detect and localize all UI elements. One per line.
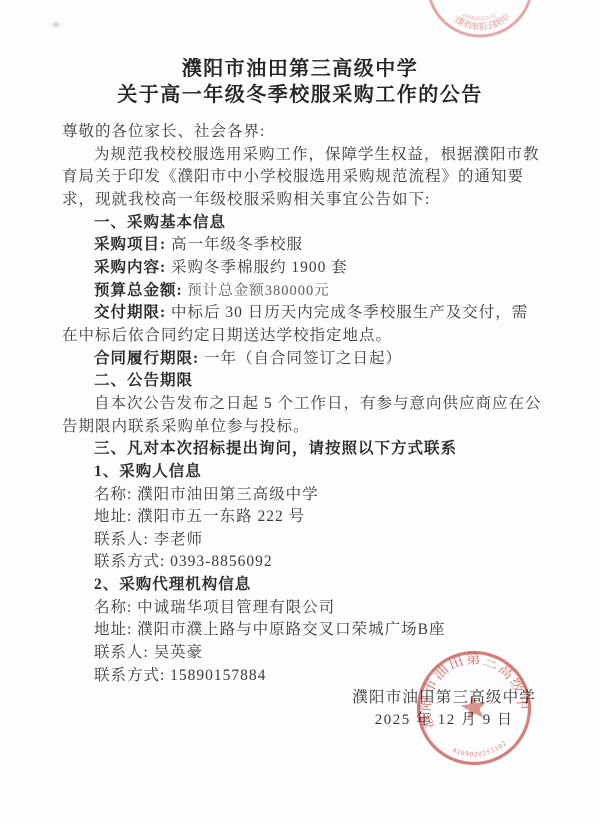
body-line: 为规范我校校服选用采购工作，保障学生权益，根据濮阳市教 [62, 144, 546, 167]
page-subtitle: 关于高一年级冬季校服采购工作的公告 [0, 82, 600, 108]
document-title-block: 濮阳市油田第三高级中学 关于高一年级冬季校服采购工作的公告 [0, 56, 600, 108]
body-line: 求，现就我校高一年级校服采购相关事宜公告如下: [62, 189, 546, 212]
body-line: 联系方式: 0393-8856092 [62, 551, 546, 574]
field-text: 育局关于印发《濮阳市中小学校服选用采购规范流程》的通知要 [62, 168, 524, 185]
field-text: 为规范我校校服选用采购工作，保障学生权益，根据濮阳市教 [94, 146, 540, 163]
field-text: 名称: 中诚瑞华项目管理有限公司 [94, 599, 335, 616]
body-line: 1、采购人信息 [62, 461, 546, 484]
field-label: 采购内容: [94, 259, 166, 276]
field-text: 三、凡对本次招标提出询问，请按照以下方式联系 [94, 440, 457, 457]
field-text: 一年（自合同签订之日起） [199, 350, 402, 367]
stamp-star-icon [459, 693, 488, 721]
stamp-fragment-top: 濮阳市油田第三高级中学 4109020255102 [405, 0, 555, 42]
field-text: 名称: 濮阳市油田第三高级中学 [94, 486, 319, 503]
body-line: 采购项目: 高一年级冬季校服 [62, 234, 546, 257]
field-text: 地址: 濮阳市濮上路与中原路交叉口荣城广场B座 [94, 621, 446, 638]
field-text: 地址: 濮阳市五一东路 222 号 [94, 508, 305, 525]
page-title: 濮阳市油田第三高级中学 [0, 56, 600, 82]
body-line: 采购内容: 采购冬季棉服约 1900 套 [62, 257, 546, 280]
field-label: 交付期限: [94, 304, 166, 321]
field-text: 高一年级冬季校服 [166, 236, 303, 253]
body-line: 合同履行期限: 一年（自合同签订之日起） [62, 348, 546, 371]
body-line: 自本次公告发布之日起 5 个工作日，有参与意向供应商应在公 [62, 393, 546, 416]
body-line: 告期限内联系采购单位参与投标。 [62, 416, 546, 439]
field-text: 中标后 30 日历天内完成冬季校服生产及交付，需 [166, 304, 528, 321]
field-label: 预算总金额: [94, 282, 183, 299]
field-label: 合同履行期限: [94, 350, 199, 367]
stamp-ring-text: 濮阳市油田第三高级中学 [407, 641, 532, 732]
field-text: 一、采购基本信息 [94, 214, 226, 231]
field-text: 自本次公告发布之日起 5 个工作日，有参与意向供应商应在公 [94, 395, 542, 412]
body-line: 尊敬的各位家长、社会各界: [62, 121, 546, 144]
body-line: 2、采购代理机构信息 [62, 574, 546, 597]
body-line: 地址: 濮阳市濮上路与中原路交叉口荣城广场B座 [62, 619, 546, 642]
field-text: 告期限内联系采购单位参与投标。 [62, 418, 310, 435]
field-text: 二、公告期限 [94, 372, 193, 389]
stamp-code-text: 4109020255102 [450, 739, 509, 762]
field-text: 联系方式: 0393-8856092 [94, 553, 273, 570]
body-line: 交付期限: 中标后 30 日历天内完成冬季校服生产及交付，需 [62, 302, 546, 325]
svg-text:濮阳市油田第三高级中学: 濮阳市油田第三高级中学 [407, 641, 532, 732]
body-line: 育局关于印发《濮阳市中小学校服选用采购规范流程》的通知要 [62, 166, 546, 189]
field-text: 联系人: 李老师 [94, 531, 203, 548]
document-page: 濮阳市油田第三高级中学 4109020255102 濮阳市油田第三高级中学 关于… [0, 0, 600, 825]
body-line: 地址: 濮阳市五一东路 222 号 [62, 506, 546, 529]
field-text: 联系人: 吴英豪 [94, 644, 203, 661]
body-line: 一、采购基本信息 [62, 212, 546, 235]
field-label: 采购项目: [94, 236, 166, 253]
body-line: 名称: 中诚瑞华项目管理有限公司 [62, 597, 546, 620]
svg-text:4109020255102: 4109020255102 [450, 739, 509, 762]
body-line: 名称: 濮阳市油田第三高级中学 [62, 484, 546, 507]
body-lines: 尊敬的各位家长、社会各界:为规范我校校服选用采购工作，保障学生权益，根据濮阳市教… [62, 121, 546, 687]
body-line: 预算总金额: 预计总金额380000元 [62, 280, 546, 303]
field-text: 采购冬季棉服约 1900 套 [166, 259, 348, 276]
field-text: 在中标后依合同约定日期送达学校指定地点。 [62, 327, 392, 344]
field-text: 求，现就我校高一年级校服采购相关事宜公告如下: [62, 191, 430, 208]
body-line: 联系人: 李老师 [62, 529, 546, 552]
field-text: 2、采购代理机构信息 [94, 576, 251, 593]
official-seal-stamp: 濮阳市油田第三高级中学 4109020255102 [407, 641, 540, 774]
field-text: 联系方式: 15890157884 [94, 667, 266, 684]
field-text: 尊敬的各位家长、社会各界: [62, 123, 265, 140]
body-line: 二、公告期限 [62, 370, 546, 393]
scan-artifact [52, 22, 60, 27]
body-line: 在中标后依合同约定日期送达学校指定地点。 [62, 325, 546, 348]
field-text: 1、采购人信息 [94, 463, 202, 480]
body-line: 三、凡对本次招标提出询问，请按照以下方式联系 [62, 438, 546, 461]
field-text: 预计总金额380000元 [183, 283, 330, 299]
